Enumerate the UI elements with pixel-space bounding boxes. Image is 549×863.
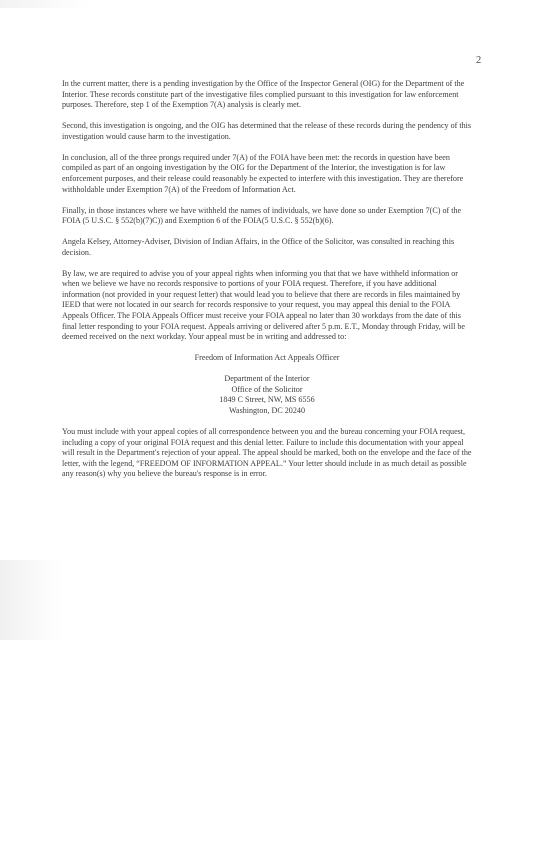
paragraph-consulted: Angela Kelsey, Attorney-Adviser, Divisio…	[62, 237, 472, 258]
address-line-1: Department of the Interior	[62, 374, 472, 385]
address-line-4: Washington, DC 20240	[62, 406, 472, 417]
paragraph-exemptions: Finally, in those instances where we hav…	[62, 206, 472, 227]
mailing-address: Department of the Interior Office of the…	[62, 374, 472, 416]
page-number: 2	[476, 55, 481, 66]
paragraph-pending-investigation: In the current matter, there is a pendin…	[62, 79, 472, 111]
address-line-3: 1849 C Street, NW, MS 6556	[62, 395, 472, 406]
paragraph-ongoing-investigation: Second, this investigation is ongoing, a…	[62, 121, 472, 142]
address-line-2: Office of the Solicitor	[62, 385, 472, 396]
scan-artifact-left	[0, 560, 62, 640]
document-page: 2 In the current matter, there is a pend…	[0, 0, 549, 863]
appeals-officer-title-text: Freedom of Information Act Appeals Offic…	[62, 353, 472, 364]
paragraph-appeal-requirements: You must include with your appeal copies…	[62, 427, 472, 480]
appeals-officer-title: Freedom of Information Act Appeals Offic…	[62, 353, 472, 364]
scan-artifact-top	[0, 0, 90, 8]
paragraph-appeal-rights: By law, we are required to advise you of…	[62, 269, 472, 343]
letter-body: In the current matter, there is a pendin…	[62, 79, 472, 490]
paragraph-conclusion: In conclusion, all of the three prongs r…	[62, 153, 472, 195]
